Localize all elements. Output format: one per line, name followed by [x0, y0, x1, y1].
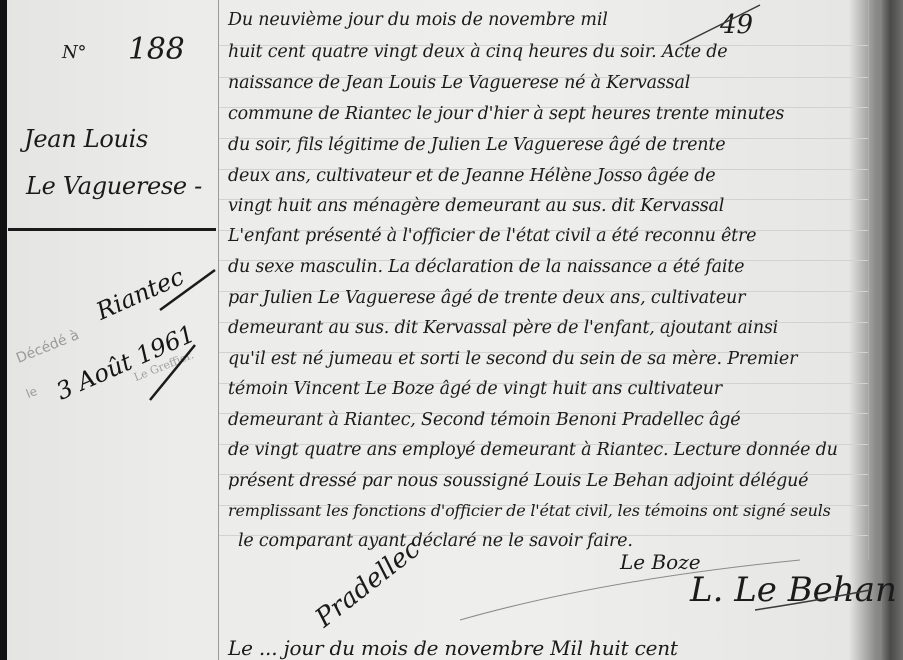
signature-flourish: [460, 560, 800, 620]
header-flourish: [680, 5, 760, 45]
annotation-stroke: [160, 270, 215, 310]
pen-strokes: [0, 0, 903, 660]
annotation-tick-mark: [150, 345, 195, 400]
signature-underline: [755, 590, 870, 610]
register-page: N° 188 Jean Louis Le Vaguerese - Décédé …: [0, 0, 903, 660]
